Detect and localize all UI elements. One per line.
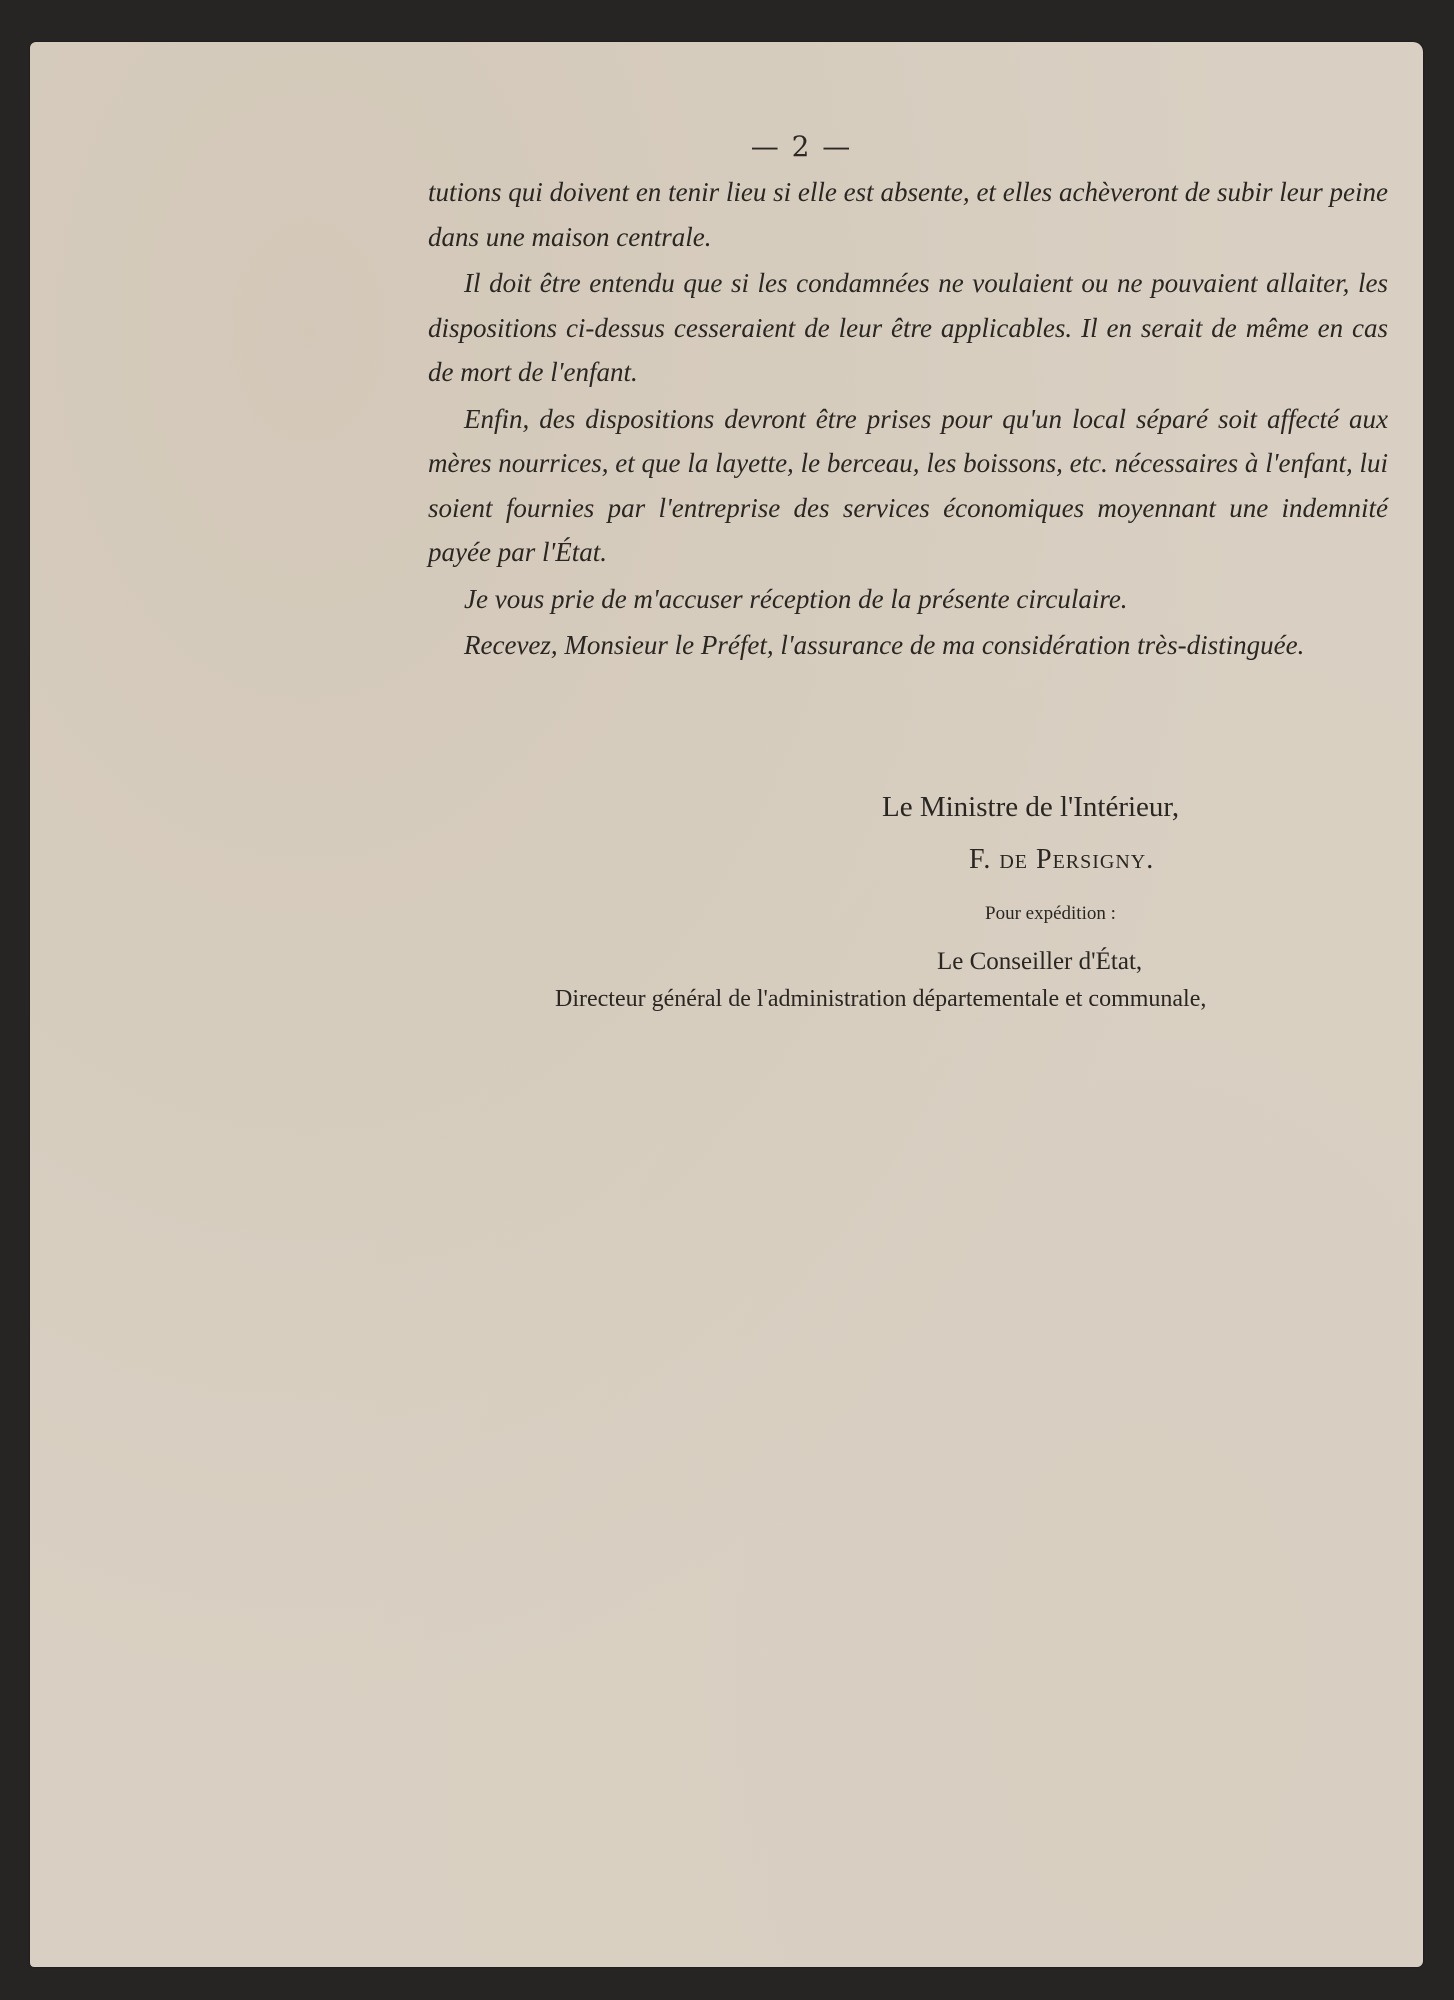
page-number: — 2 — [30, 130, 1423, 163]
paragraph-accuse-reception: Je vous prie de m'accuser réception de l… [428, 577, 1388, 622]
conseiller-etat-label: Le Conseiller d'État, [937, 948, 1142, 976]
document-page: — 2 — tutions qui doivent en tenir lieu … [30, 42, 1423, 1967]
paragraph-continuation: tutions qui doivent en tenir lieu si ell… [428, 170, 1388, 259]
letter-body: tutions qui doivent en tenir lieu si ell… [428, 170, 1388, 670]
directeur-general-label: Directeur général de l'administration dé… [555, 986, 1206, 1013]
paragraph-allaitement: Il doit être entendu que si les condamné… [428, 261, 1388, 395]
signature-name: F. de Persigny. [969, 844, 1154, 876]
signature-title: Le Ministre de l'Intérieur, [882, 791, 1179, 824]
pour-expedition-label: Pour expédition : [985, 903, 1116, 925]
paragraph-local-separe: Enfin, des dispositions devront être pri… [428, 397, 1388, 575]
paragraph-closing-salutation: Recevez, Monsieur le Préfet, l'assurance… [428, 623, 1388, 668]
